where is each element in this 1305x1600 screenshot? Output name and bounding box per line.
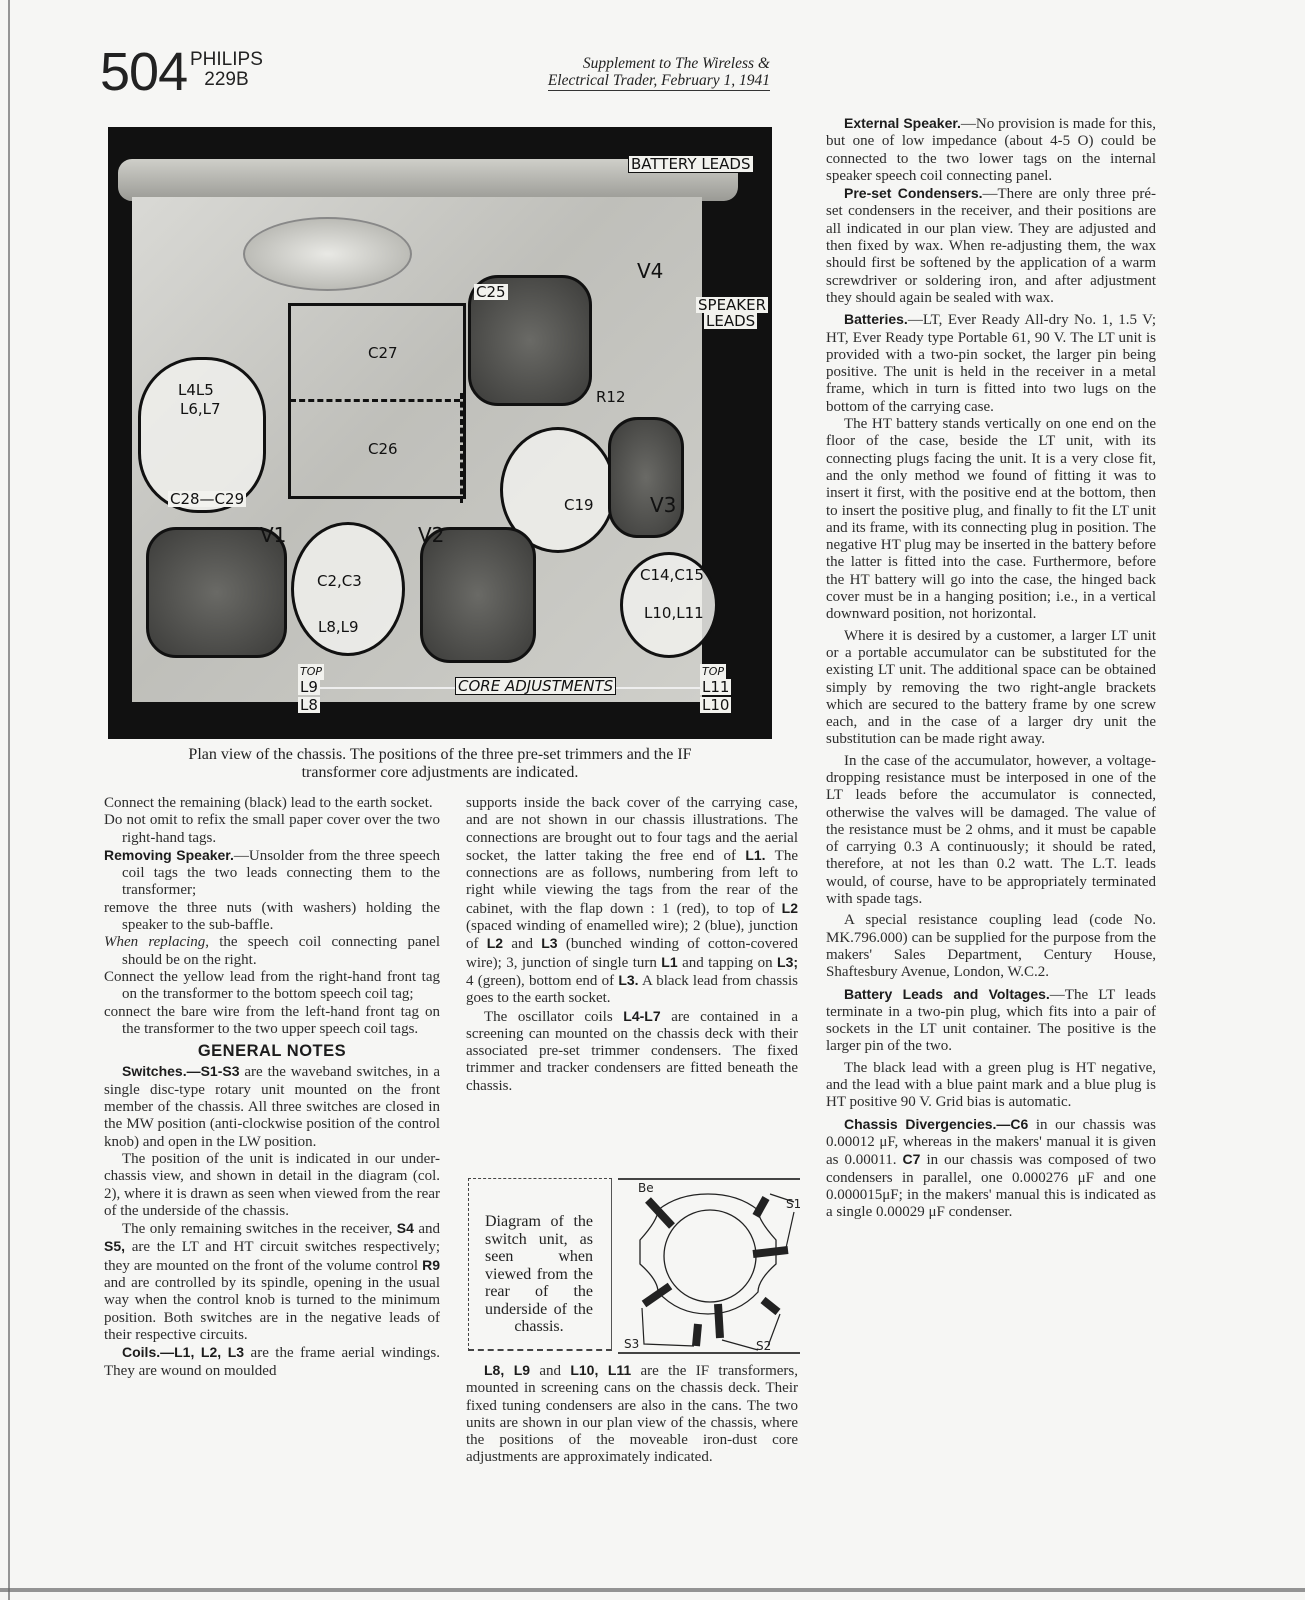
page-edge xyxy=(8,0,10,1600)
label-c25: C25 xyxy=(474,284,508,300)
text-column-2: supports inside the back cover of the ca… xyxy=(466,795,798,1095)
paragraph-if-transformers: L8, L9 and L10, L11 are the IF transform… xyxy=(466,1362,798,1467)
switch-diagram-drawing: Be S1 S3 S2 xyxy=(618,1178,800,1354)
dashed-line xyxy=(290,399,460,402)
paragraph-coils: Coils.—L1, L2, L3 are the frame aerial w… xyxy=(104,1344,440,1380)
heading-removing-speaker: Removing Speaker. xyxy=(104,847,234,863)
switch-wafer-icon: Be S1 S3 S2 xyxy=(618,1180,800,1352)
paragraph: In the case of the accumulator, however,… xyxy=(826,753,1156,909)
paragraph: remove the three nuts (with washers) hol… xyxy=(104,900,440,935)
paragraph-preset-condensers: Pre-set Condensers.—There are only three… xyxy=(826,185,1156,307)
paragraph-switches: Switches.—S1-S3 are the waveband switche… xyxy=(104,1063,440,1150)
label-v2: V2 xyxy=(416,525,446,546)
label-s3: S3 xyxy=(624,1337,639,1351)
tuning-pulley xyxy=(243,217,412,291)
label-v1: V1 xyxy=(258,525,288,546)
paragraph-battery-leads: Battery Leads and Voltages.—The LT leads… xyxy=(826,986,1156,1056)
label-v4: V4 xyxy=(635,261,665,282)
section-heading-general-notes: GENERAL NOTES xyxy=(104,1043,440,1060)
text-column-1: Connect the remaining (black) lead to th… xyxy=(104,795,440,1380)
heading-chassis-divergencies: Chassis Divergencies.—C6 xyxy=(844,1116,1028,1132)
label-s2: S2 xyxy=(756,1339,771,1352)
label-c2c3: C2,C3 xyxy=(315,573,364,589)
label-battery-leads: BATTERY LEADS xyxy=(628,155,754,173)
paragraph: A special resistance coupling lead (code… xyxy=(826,912,1156,981)
paragraph: connect the bare wire from the left-hand… xyxy=(104,1004,440,1039)
page-edge xyxy=(0,1588,1305,1592)
label-speaker-leads-1: SPEAKER xyxy=(696,297,768,313)
label-l6l7: L6,L7 xyxy=(178,401,223,417)
brand: PHILIPS xyxy=(190,50,263,70)
heading-batteries: Batteries. xyxy=(844,311,908,327)
paragraph-chassis-divergencies: Chassis Divergencies.—C6 in our chassis … xyxy=(826,1116,1156,1222)
caption-line-2: transformer core adjustments are indicat… xyxy=(108,764,772,782)
publication-line: Supplement to The Wireless & Electrical … xyxy=(490,55,770,91)
heading-coils: Coils.—L1, L2, L3 xyxy=(122,1344,244,1360)
paragraph: supports inside the back cover of the ca… xyxy=(466,795,798,1008)
paragraph: The HT battery stands vertically on one … xyxy=(826,416,1156,624)
figure-caption: Plan view of the chassis. The positions … xyxy=(108,746,772,782)
paragraph: The black lead with a green plug is HT n… xyxy=(826,1060,1156,1112)
text-column-3: External Speaker.—No provision is made f… xyxy=(826,115,1156,1221)
label-c28-c29: C28—C29 xyxy=(168,491,246,507)
label-r12: R12 xyxy=(594,389,628,405)
paragraph: The oscillator coils L4-L7 are contained… xyxy=(466,1008,798,1095)
heading-switches: Switches.—S1-S3 xyxy=(122,1063,240,1079)
label-speaker-leads-2: LEADS xyxy=(704,313,757,329)
label-l10: L10 xyxy=(700,697,731,713)
paragraph: When replacing, the speech coil connecti… xyxy=(104,934,440,969)
heading-battery-leads: Battery Leads and Voltages. xyxy=(844,986,1050,1002)
paragraph: Connect the remaining (black) lead to th… xyxy=(104,795,440,812)
label-core-adjustments: CORE ADJUSTMENTS xyxy=(455,677,616,695)
paragraph: Connect the yellow lead from the right-h… xyxy=(104,969,440,1004)
label-l11: L11 xyxy=(700,679,731,695)
paragraph: Where it is desired by a customer, a lar… xyxy=(826,628,1156,749)
model: 229B xyxy=(190,70,263,90)
label-v3: V3 xyxy=(648,495,678,516)
paragraph: Do not omit to refix the small paper cov… xyxy=(104,812,440,847)
label-c19: C19 xyxy=(562,497,596,513)
publication-line-1: Supplement to The Wireless & xyxy=(490,55,770,72)
page-number: 504 xyxy=(100,44,187,100)
paragraph: The position of the unit is indicated in… xyxy=(104,1151,440,1220)
label-l8: L8 xyxy=(298,697,320,713)
label-l9: L9 xyxy=(298,679,320,695)
label-l10l11: L10,L11 xyxy=(642,605,706,621)
paragraph-batteries: Batteries.—LT, Ever Ready All-dry No. 1,… xyxy=(826,311,1156,416)
caption-line-1: Plan view of the chassis. The positions … xyxy=(108,746,772,764)
paragraph-external-speaker: External Speaker.—No provision is made f… xyxy=(826,115,1156,185)
brand-model: PHILIPS 229B xyxy=(190,50,263,90)
valve-v3 xyxy=(608,417,684,538)
label-s1: S1 xyxy=(786,1197,800,1211)
paragraph: The only remaining switches in the recei… xyxy=(104,1220,440,1344)
label-c26: C26 xyxy=(366,441,400,457)
dashed-line xyxy=(460,393,463,503)
label-be: Be xyxy=(638,1181,654,1195)
switch-unit-diagram: Diagram of the switch unit, as seen when… xyxy=(468,1178,798,1350)
switch-diagram-caption-box: Diagram of the switch unit, as seen when… xyxy=(468,1178,612,1351)
valve-v2 xyxy=(420,527,536,663)
heading-preset-condensers: Pre-set Condensers. xyxy=(844,185,983,201)
publication-line-2: Electrical Trader, February 1, 1941 xyxy=(548,72,770,91)
heading-external-speaker: External Speaker. xyxy=(844,115,961,131)
switch-diagram-caption: Diagram of the switch unit, as seen when… xyxy=(485,1213,593,1336)
label-l4l5: L4L5 xyxy=(176,382,216,398)
text-column-2-lower: L8, L9 and L10, L11 are the IF transform… xyxy=(466,1362,798,1467)
paragraph-removing-speaker: Removing Speaker.—Unsolder from the thre… xyxy=(104,847,440,900)
label-c14c15: C14,C15 xyxy=(638,567,706,583)
chassis-plan-view-photo: BATTERY LEADS SPEAKER LEADS V4 C25 C27 L… xyxy=(108,127,772,739)
label-l8l9: L8,L9 xyxy=(316,619,361,635)
label-c27: C27 xyxy=(366,345,400,361)
